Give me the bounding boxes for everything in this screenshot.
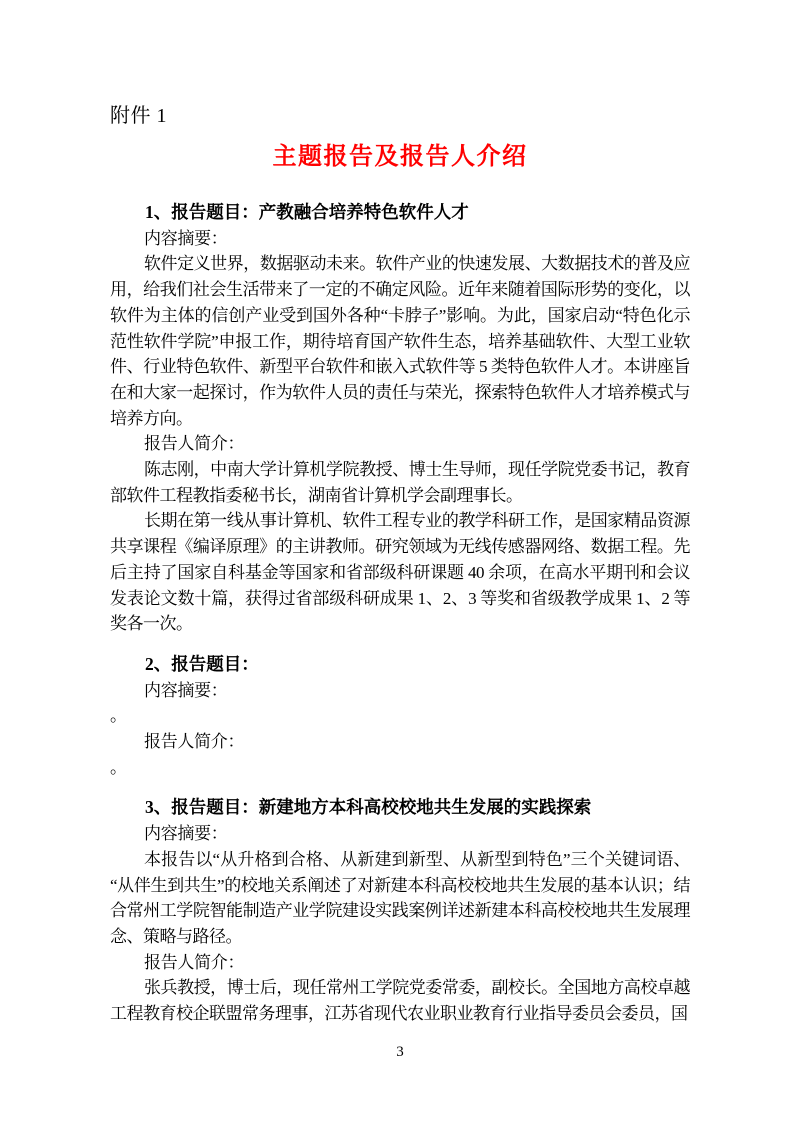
section-2-heading: 2、报告题目： xyxy=(110,652,690,678)
document-page: 附件 1 主题报告及报告人介绍 1、报告题目：产教融合培养特色软件人才 内容摘要… xyxy=(0,0,800,1131)
section-2-abstract-paragraph: 。 xyxy=(110,703,690,729)
section-3-heading: 3、报告题目：新建地方本科高校校地共生发展的实践探索 xyxy=(110,795,690,821)
report-section-2: 2、报告题目： 内容摘要： 。 报告人简介： 。 xyxy=(110,652,690,781)
section-2-abstract-label: 内容摘要： xyxy=(110,678,690,704)
report-section-1: 1、报告题目：产教融合培养特色软件人才 内容摘要： 软件定义世界，数据驱动未来。… xyxy=(110,200,690,637)
section-2-speaker-label: 报告人简介： xyxy=(110,729,690,755)
page-number: 3 xyxy=(0,1042,800,1062)
section-3-speaker-paragraph: 张兵教授，博士后，现任常州工学院党委常委，副校长。全国地方高校卓越工程教育校企联… xyxy=(110,975,690,1026)
section-3-abstract-paragraph: 本报告以“从升格到合格、从新建到新型、从新型到特色”三个关键词语、“从伴生到共生… xyxy=(110,847,690,950)
section-1-speaker-paragraph-1: 陈志刚，中南大学计算机学院教授、博士生导师，现任学院党委书记，教育部软件工程教指… xyxy=(110,457,690,508)
document-title: 主题报告及报告人介绍 xyxy=(110,142,690,172)
section-3-abstract-label: 内容摘要： xyxy=(110,821,690,847)
section-2-speaker-paragraph: 。 xyxy=(110,755,690,781)
section-1-abstract-paragraph: 软件定义世界，数据驱动未来。软件产业的快速发展、大数据技术的普及应用，给我们社会… xyxy=(110,251,690,431)
section-1-speaker-label: 报告人简介： xyxy=(110,431,690,457)
section-1-abstract-label: 内容摘要： xyxy=(110,226,690,252)
section-1-heading: 1、报告题目：产教融合培养特色软件人才 xyxy=(110,200,690,226)
report-section-3: 3、报告题目：新建地方本科高校校地共生发展的实践探索 内容摘要： 本报告以“从升… xyxy=(110,795,690,1026)
section-3-speaker-label: 报告人简介： xyxy=(110,950,690,976)
section-1-speaker-paragraph-2: 长期在第一线从事计算机、软件工程专业的教学科研工作，是国家精品资源共享课程《编译… xyxy=(110,508,690,637)
attachment-label: 附件 1 xyxy=(110,103,690,129)
document-content: 附件 1 主题报告及报告人介绍 1、报告题目：产教融合培养特色软件人才 内容摘要… xyxy=(110,103,690,1027)
